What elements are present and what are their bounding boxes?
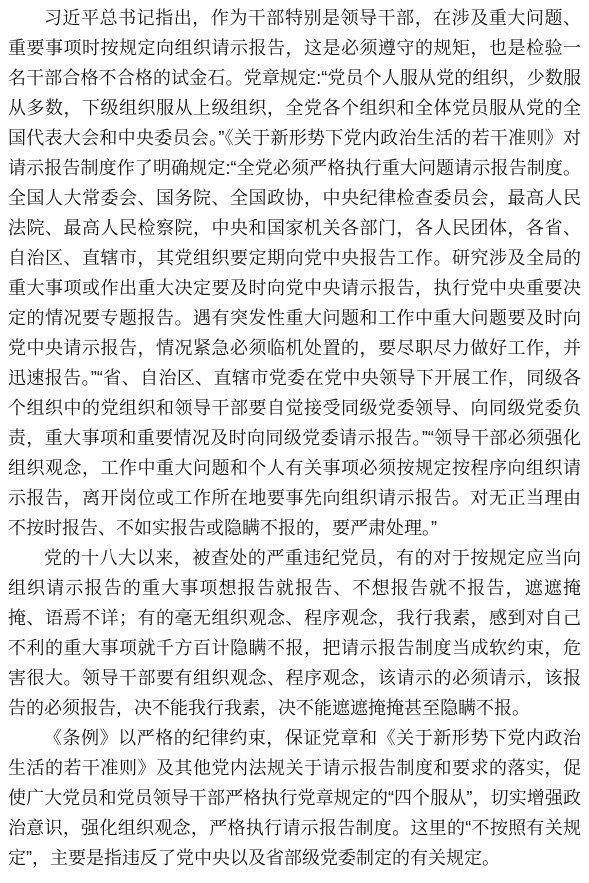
paragraph-2: 党的十八大以来，被查处的严重违纪党员，有的对于按规定应当向组织请示报告的重大事项…	[8, 543, 581, 723]
paragraph-3: 《条例》以严格的纪律约束，保证党章和《关于新形势下党内政治生活的若干准则》及其他…	[8, 723, 581, 873]
document-page: 习近平总书记指出，作为干部特别是领导干部，在涉及重大问题、重要事项时按规定向组织…	[0, 0, 589, 883]
paragraph-1: 习近平总书记指出，作为干部特别是领导干部，在涉及重大问题、重要事项时按规定向组织…	[8, 3, 581, 543]
